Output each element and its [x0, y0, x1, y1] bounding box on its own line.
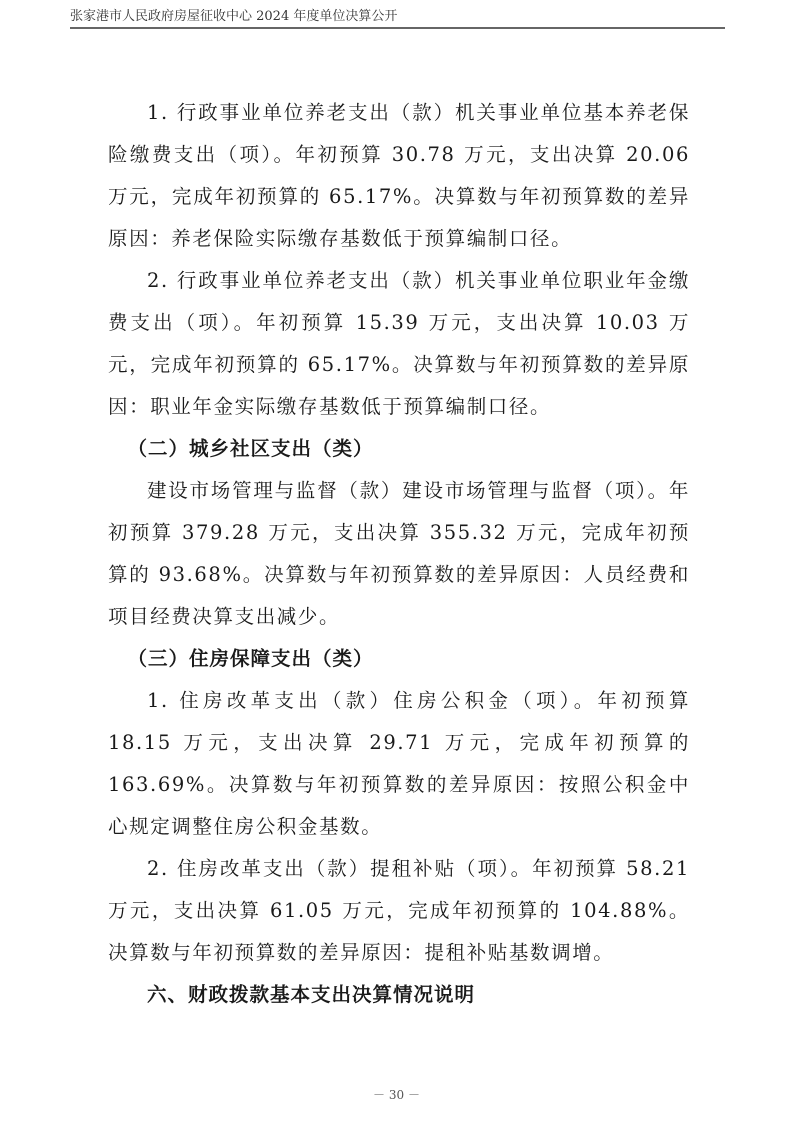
paragraph-construction-market: 建设市场管理与监督（款）建设市场管理与监督（项）。年初预算 379.28 万元，…	[108, 470, 690, 638]
header-divider	[70, 27, 725, 29]
running-header: 张家港市人民政府房屋征收中心 2024 年度单位决算公开	[70, 9, 725, 25]
paragraph-housing-fund: 1. 住房改革支出（款）住房公积金（项）。年初预算 18.15 万元，支出决算 …	[108, 680, 690, 848]
page-number: － 30 －	[0, 1086, 793, 1103]
document-body: 1. 行政事业单位养老支出（款）机关事业单位基本养老保险缴费支出（项）。年初预算…	[108, 92, 690, 1016]
section-heading-housing: （三）住房保障支出（类）	[108, 638, 690, 680]
section-heading-urban-rural: （二）城乡社区支出（类）	[108, 428, 690, 470]
chapter-heading-basic-expenditure: 六、财政拨款基本支出决算情况说明	[108, 974, 690, 1016]
paragraph-pension-occupational: 2. 行政事业单位养老支出（款）机关事业单位职业年金缴费支出（项）。年初预算 1…	[108, 260, 690, 428]
paragraph-pension-basic: 1. 行政事业单位养老支出（款）机关事业单位基本养老保险缴费支出（项）。年初预算…	[108, 92, 690, 260]
paragraph-rent-subsidy: 2. 住房改革支出（款）提租补贴（项）。年初预算 58.21 万元，支出决算 6…	[108, 848, 690, 974]
